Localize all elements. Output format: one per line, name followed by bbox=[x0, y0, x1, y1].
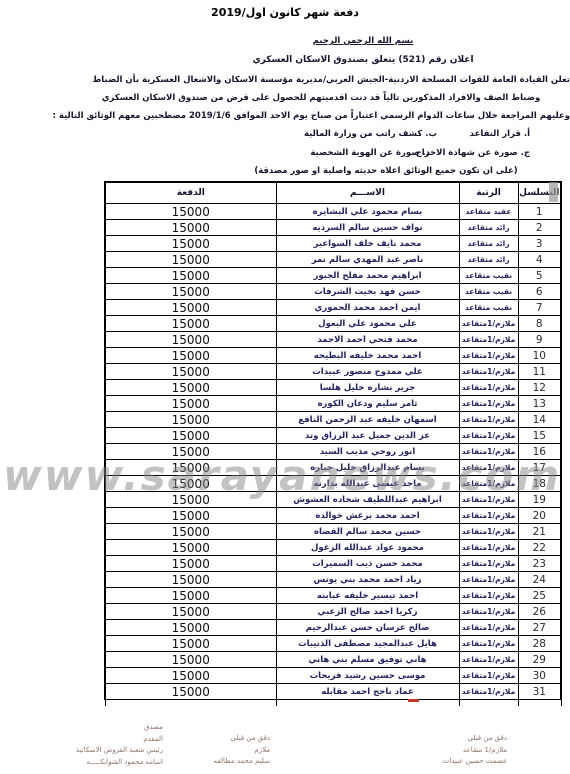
table-row: 3 رائد متقاعد محمد نايف خلف السواعير 150… bbox=[105, 236, 561, 252]
payment-cell: 15000 bbox=[105, 524, 276, 540]
beneficiaries-table-wrap: التسلسل الرتبة الاســـم الدفعة 1 عقيد مت… bbox=[104, 181, 560, 706]
payment-cell: 15000 bbox=[105, 588, 276, 604]
signature-line: ملازم/1 متقاعد bbox=[443, 745, 507, 757]
signature-line: دقق من قبلي bbox=[214, 733, 270, 745]
rank-cell: ملازم/1متقاعد bbox=[459, 492, 518, 508]
serial-cell: 18 bbox=[518, 476, 561, 492]
signature-line: دقق من قبلي bbox=[443, 733, 507, 745]
table-row: 25 ملازم/1متقاعد احمد تيسير خليفه عبابنه… bbox=[105, 588, 561, 604]
rank-cell: ملازم/1متقاعد bbox=[459, 476, 518, 492]
rank-cell: ملازم/1متقاعد bbox=[459, 380, 518, 396]
payment-cell: 15000 bbox=[105, 684, 276, 700]
payment-cell: 15000 bbox=[105, 604, 276, 620]
serial-cell: 30 bbox=[518, 668, 561, 684]
table-header-row: التسلسل الرتبة الاســـم الدفعة bbox=[105, 182, 561, 204]
rank-cell: ملازم/1متقاعد bbox=[459, 316, 518, 332]
rank-cell: ملازم/1متقاعد bbox=[459, 332, 518, 348]
signature-line: ملازم bbox=[214, 745, 270, 757]
name-cell: محمد نايف خلف السواعير bbox=[276, 236, 459, 252]
table-row: 31 ملازم/1متقاعد عماد ناجح احمد مقابله 1… bbox=[105, 684, 561, 700]
table-row: 8 ملازم/1متقاعد علي محمود علي البعول 150… bbox=[105, 316, 561, 332]
rank-cell: ملازم/1متقاعد bbox=[459, 348, 518, 364]
table-row: 16 ملازم/1متقاعد انور روحي مذيب السيد 15… bbox=[105, 444, 561, 460]
table-row: 30 ملازم/1متقاعد موسى حسين رشيد فريحات 1… bbox=[105, 668, 561, 684]
payment-cell: 15000 bbox=[105, 332, 276, 348]
name-cell: بسام عبدالرزاق خليل جباره bbox=[276, 460, 459, 476]
serial-cell: 29 bbox=[518, 652, 561, 668]
name-cell: محمد حسن ذيب السميرات bbox=[276, 556, 459, 572]
serial-cell: 15 bbox=[518, 428, 561, 444]
payment-cell: 15000 bbox=[105, 284, 276, 300]
table-row: 12 ملازم/1متقاعد جرير بشاره خليل هلسا 15… bbox=[105, 380, 561, 396]
name-cell: حسن فهد بخيت الشرفات bbox=[276, 284, 459, 300]
table-row: 2 رائد متقاعد نواف حسين سالم السرديه 150… bbox=[105, 220, 561, 236]
name-cell: جرير بشاره خليل هلسا bbox=[276, 380, 459, 396]
rank-cell: ملازم/1متقاعد bbox=[459, 428, 518, 444]
payment-cell: 15000 bbox=[105, 444, 276, 460]
rank-cell: ملازم/1متقاعد bbox=[459, 396, 518, 412]
payment-cell: 15000 bbox=[105, 380, 276, 396]
payment-cell: 15000 bbox=[105, 556, 276, 572]
rank-cell: نقيب متقاعد bbox=[459, 300, 518, 316]
rank-cell: ملازم/1متقاعد bbox=[459, 572, 518, 588]
rank-cell: ملازم/1متقاعد bbox=[459, 668, 518, 684]
table-row: 20 ملازم/1متقاعد احمد محمد برغش خوالده 1… bbox=[105, 508, 561, 524]
serial-cell: 31 bbox=[518, 684, 561, 700]
table-row: 17 ملازم/1متقاعد بسام عبدالرزاق خليل جبا… bbox=[105, 460, 561, 476]
rank-cell: رائد متقاعد bbox=[459, 252, 518, 268]
name-cell: بسام محمود علي البشايره bbox=[276, 204, 459, 220]
name-cell: احمد تيسير خليفه عبابنه bbox=[276, 588, 459, 604]
serial-cell: 16 bbox=[518, 444, 561, 460]
rank-cell: نقيب متقاعد bbox=[459, 284, 518, 300]
name-cell: علي ممدوح منصور عبيدات bbox=[276, 364, 459, 380]
name-cell: صالح عرسان حسن عبدالرحيم bbox=[276, 620, 459, 636]
signature-line: المقدم bbox=[76, 734, 163, 746]
rank-cell: ملازم/1متقاعد bbox=[459, 364, 518, 380]
name-cell: زياد احمد محمد بني يونس bbox=[276, 572, 459, 588]
name-cell: اسمهان خليفه عبد الرحمن النافع bbox=[276, 412, 459, 428]
red-mark-artifact bbox=[408, 699, 419, 702]
serial-cell: 23 bbox=[518, 556, 561, 572]
payment-cell: 15000 bbox=[105, 460, 276, 476]
serial-cell: 17 bbox=[518, 460, 561, 476]
name-cell: علي محمود علي البعول bbox=[276, 316, 459, 332]
payment-cell: 15000 bbox=[105, 316, 276, 332]
payment-cell: 15000 bbox=[105, 508, 276, 524]
rank-cell: ملازم/1متقاعد bbox=[459, 524, 518, 540]
table-row: 7 نقيب متقاعد ايمن احمد محمد الحموري 150… bbox=[105, 300, 561, 316]
table-row: 13 ملازم/1متقاعد ثامر سليم ودعان الكوره … bbox=[105, 396, 561, 412]
name-cell: موسى حسين رشيد فريحات bbox=[276, 668, 459, 684]
serial-cell: 1 bbox=[518, 204, 561, 220]
rank-cell: ملازم/1متقاعد bbox=[459, 412, 518, 428]
payment-cell: 15000 bbox=[105, 412, 276, 428]
table-row: 29 ملازم/1متقاعد هاني توفيق مسلم بني هان… bbox=[105, 652, 561, 668]
serial-cell: 11 bbox=[518, 364, 561, 380]
date-line: دفعة شهر كانون اول/2019 bbox=[0, 6, 570, 19]
signature-line: عصمت حسين عبيدات bbox=[443, 756, 507, 768]
table-row: 15 ملازم/1متقاعد عز الدين جميل عبد الرزا… bbox=[105, 428, 561, 444]
rank-cell: ملازم/1متقاعد bbox=[459, 636, 518, 652]
payment-cell: 15000 bbox=[105, 620, 276, 636]
payment-cell: 15000 bbox=[105, 428, 276, 444]
payment-cell: 15000 bbox=[105, 668, 276, 684]
table-row: 4 رائد متقاعد ناصر عبد المهدي سالم نمر 1… bbox=[105, 252, 561, 268]
payment-cell: 15000 bbox=[105, 268, 276, 284]
name-cell: انور روحي مذيب السيد bbox=[276, 444, 459, 460]
payment-cell: 15000 bbox=[105, 652, 276, 668]
name-cell: عماد ناجح احمد مقابله bbox=[276, 684, 459, 700]
payment-cell: 15000 bbox=[105, 252, 276, 268]
serial-cell: 25 bbox=[518, 588, 561, 604]
rank-cell: ملازم/1متقاعد bbox=[459, 684, 518, 700]
table-row: 14 ملازم/1متقاعد اسمهان خليفه عبد الرحمن… bbox=[105, 412, 561, 428]
table-row: 18 ملازم/1متقاعد ماجد عيسى عبدالله بدارن… bbox=[105, 476, 561, 492]
serial-cell: 20 bbox=[518, 508, 561, 524]
announcement-title: اعلان رقم (521) يتعلق بصندوق الاسكان الع… bbox=[156, 55, 570, 65]
body-line-2: وضباط الصف والافراد المذكورين تالياً قد … bbox=[86, 93, 556, 103]
serial-cell: 26 bbox=[518, 604, 561, 620]
document-page: دفعة شهر كانون اول/2019 بسم الله الرحمن … bbox=[0, 0, 570, 774]
name-cell: ماجد عيسى عبدالله بدارنه bbox=[276, 476, 459, 492]
table-row: 27 ملازم/1متقاعد صالح عرسان حسن عبدالرحي… bbox=[105, 620, 561, 636]
serial-cell: 13 bbox=[518, 396, 561, 412]
rank-cell: ملازم/1متقاعد bbox=[459, 540, 518, 556]
name-cell: ناصر عبد المهدي سالم نمر bbox=[276, 252, 459, 268]
payment-cell: 15000 bbox=[105, 636, 276, 652]
payment-cell: 15000 bbox=[105, 236, 276, 252]
bismillah-line: بسم الله الرحمن الرحيم bbox=[156, 36, 570, 46]
table-row: 21 ملازم/1متقاعد حسين محمد سالم القضاه 1… bbox=[105, 524, 561, 540]
name-cell: هاني توفيق مسلم بني هاني bbox=[276, 652, 459, 668]
table-row: 10 ملازم/1متقاعد احمد محمد خليفه البطيحه… bbox=[105, 348, 561, 364]
signature-line: اسامه محمود الشوابكـــــه bbox=[76, 757, 163, 769]
signature-line: سليم محمد مطالقه bbox=[214, 756, 270, 768]
name-cell: زكريا احمد صالح الزعبي bbox=[276, 604, 459, 620]
payment-cell: 15000 bbox=[105, 572, 276, 588]
name-cell: هايل عبدالمجيد مصطفى الذنيبات bbox=[276, 636, 459, 652]
payment-cell: 15000 bbox=[105, 540, 276, 556]
rank-cell: رائد متقاعد bbox=[459, 220, 518, 236]
rank-cell: ملازم/1متقاعد bbox=[459, 604, 518, 620]
name-cell: محمود عواد عبدالله الزغول bbox=[276, 540, 459, 556]
payment-cell: 15000 bbox=[105, 220, 276, 236]
serial-cell: 28 bbox=[518, 636, 561, 652]
serial-cell: 10 bbox=[518, 348, 561, 364]
required-doc-d: د. صورة عن الهوية الشخصية bbox=[310, 148, 430, 158]
name-cell: احمد محمد برغش خوالده bbox=[276, 508, 459, 524]
table-row: 6 نقيب متقاعد حسن فهد بخيت الشرفات 15000 bbox=[105, 284, 561, 300]
rank-cell: ملازم/1متقاعد bbox=[459, 620, 518, 636]
table-row: 28 ملازم/1متقاعد هايل عبدالمجيد مصطفى ال… bbox=[105, 636, 561, 652]
rank-cell: عقيد متقاعد bbox=[459, 204, 518, 220]
serial-cell: 27 bbox=[518, 620, 561, 636]
signature-line: مصدق bbox=[76, 722, 163, 734]
header-rank: الرتبة bbox=[459, 182, 518, 204]
rank-cell: ملازم/1متقاعد bbox=[459, 460, 518, 476]
name-cell: ابراهيم عبداللطيف شحاده العشوش bbox=[276, 492, 459, 508]
payment-cell: 15000 bbox=[105, 300, 276, 316]
serial-cell: 21 bbox=[518, 524, 561, 540]
name-cell: عز الدين جميل عبد الرزاق وتد bbox=[276, 428, 459, 444]
header-name: الاســـم bbox=[276, 182, 459, 204]
table-row: 1 عقيد متقاعد بسام محمود علي البشايره 15… bbox=[105, 204, 561, 220]
name-cell: احمد محمد خليفه البطيحه bbox=[276, 348, 459, 364]
serial-cell: 9 bbox=[518, 332, 561, 348]
rank-cell: ملازم/1متقاعد bbox=[459, 556, 518, 572]
serial-cell: 6 bbox=[518, 284, 561, 300]
signature-line: رئيس شعبة القروض الاسكانية bbox=[76, 745, 163, 757]
signature-block-checker-2: دقق من قبلي ملازم سليم محمد مطالقه bbox=[214, 733, 270, 768]
serial-cell: 8 bbox=[518, 316, 561, 332]
required-doc-b: ب. كشف راتب من وزارة المالية bbox=[304, 129, 437, 139]
serial-cell: 3 bbox=[518, 236, 561, 252]
payment-cell: 15000 bbox=[105, 348, 276, 364]
table-cutoff-row bbox=[105, 700, 561, 707]
signature-block-checker-1: دقق من قبلي ملازم/1 متقاعد عصمت حسين عبي… bbox=[443, 733, 507, 768]
name-cell: ثامر سليم ودعان الكوره bbox=[276, 396, 459, 412]
serial-cell: 12 bbox=[518, 380, 561, 396]
documents-note: (على ان تكون جميع الوثائق اعلاه حديثه وا… bbox=[202, 166, 570, 176]
body-line-3: وعليهم المراجعة خلال ساعات الدوام الرسمي… bbox=[110, 111, 570, 121]
payment-cell: 15000 bbox=[105, 364, 276, 380]
rank-cell: ملازم/1متقاعد bbox=[459, 652, 518, 668]
scan-smudge-artifact bbox=[549, 182, 558, 202]
payment-cell: 15000 bbox=[105, 476, 276, 492]
serial-cell: 14 bbox=[518, 412, 561, 428]
signature-block-certifier: مصدق المقدم رئيس شعبة القروض الاسكانية ا… bbox=[76, 722, 163, 768]
table-row: 5 نقيب متقاعد ابراهيم محمد مفلح الجبور 1… bbox=[105, 268, 561, 284]
header-payment: الدفعة bbox=[105, 182, 276, 204]
table-row: 22 ملازم/1متقاعد محمود عواد عبدالله الزغ… bbox=[105, 540, 561, 556]
name-cell: نواف حسين سالم السرديه bbox=[276, 220, 459, 236]
serial-cell: 19 bbox=[518, 492, 561, 508]
rank-cell: ملازم/1متقاعد bbox=[459, 444, 518, 460]
required-doc-c: ج. صورة عن شهادة الاخراج bbox=[416, 148, 530, 158]
table-row: 26 ملازم/1متقاعد زكريا احمد صالح الزعبي … bbox=[105, 604, 561, 620]
serial-cell: 5 bbox=[518, 268, 561, 284]
rank-cell: رائد متقاعد bbox=[459, 236, 518, 252]
table-row: 11 ملازم/1متقاعد علي ممدوح منصور عبيدات … bbox=[105, 364, 561, 380]
body-line-1: تعلن القيادة العامة للقوات المسلحة الارد… bbox=[100, 75, 570, 85]
name-cell: حسين محمد سالم القضاه bbox=[276, 524, 459, 540]
name-cell: محمد فتحي احمد الاحمد bbox=[276, 332, 459, 348]
payment-cell: 15000 bbox=[105, 204, 276, 220]
table-row: 9 ملازم/1متقاعد محمد فتحي احمد الاحمد 15… bbox=[105, 332, 561, 348]
name-cell: ايمن احمد محمد الحموري bbox=[276, 300, 459, 316]
serial-cell: 7 bbox=[518, 300, 561, 316]
rank-cell: نقيب متقاعد bbox=[459, 268, 518, 284]
payment-cell: 15000 bbox=[105, 492, 276, 508]
serial-cell: 24 bbox=[518, 572, 561, 588]
table-row: 23 ملازم/1متقاعد محمد حسن ذيب السميرات 1… bbox=[105, 556, 561, 572]
rank-cell: ملازم/1متقاعد bbox=[459, 508, 518, 524]
serial-cell: 2 bbox=[518, 220, 561, 236]
table-row: 19 ملازم/1متقاعد ابراهيم عبداللطيف شحاده… bbox=[105, 492, 561, 508]
table-row: 24 ملازم/1متقاعد زياد احمد محمد بني يونس… bbox=[105, 572, 561, 588]
required-doc-a: أ. قرار التقاعد bbox=[470, 129, 530, 139]
name-cell: ابراهيم محمد مفلح الجبور bbox=[276, 268, 459, 284]
beneficiaries-table: التسلسل الرتبة الاســـم الدفعة 1 عقيد مت… bbox=[104, 181, 562, 706]
payment-cell: 15000 bbox=[105, 396, 276, 412]
serial-cell: 22 bbox=[518, 540, 561, 556]
rank-cell: ملازم/1متقاعد bbox=[459, 588, 518, 604]
serial-cell: 4 bbox=[518, 252, 561, 268]
